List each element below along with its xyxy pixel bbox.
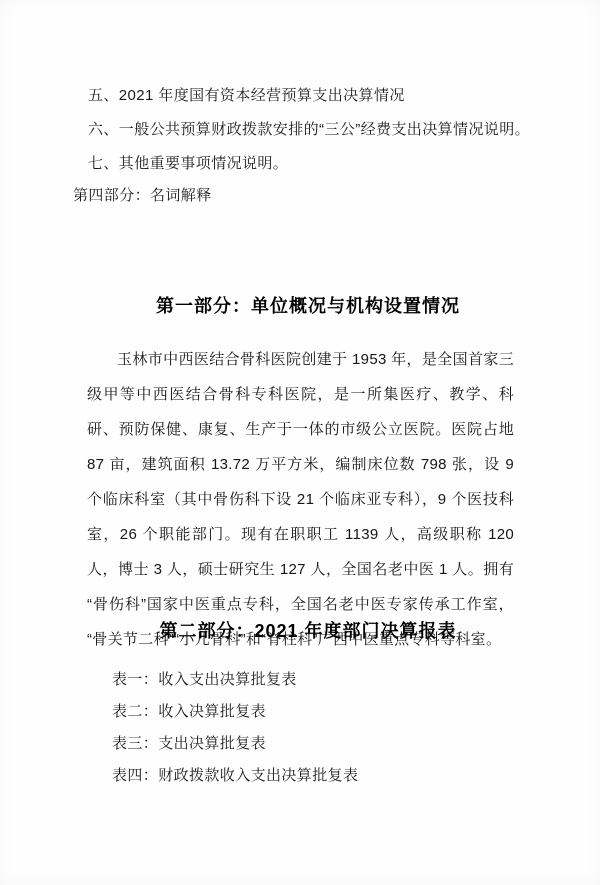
section1-paragraph: 玉林市中西医结合骨科医院创建于 1953 年，是全国首家三级甲等中西医结合骨科专… [87,342,514,657]
toc-item-5: 五、2021 年度国有资本经营预算支出决算情况 [88,86,405,106]
toc-part4-heading: 第四部分：名词解释 [73,186,212,206]
toc-item-6: 六、一般公共预算财政拨款安排的“三公”经费支出决算情况说明。 [88,120,530,140]
toc-item-7: 七、其他重要事项情况说明。 [88,154,288,174]
section2-title: 第二部分：2021 年度部门决算报表 [8,619,600,643]
section1-title: 第一部分：单位概况与机构设置情况 [8,294,600,318]
table-list-item-2: 表二：收入决算批复表 [112,702,266,722]
table-list-item-4: 表四：财政拨款收入支出决算批复表 [112,766,358,786]
table-list-item-3: 表三：支出决算批复表 [112,734,266,754]
scanned-document-page: 五、2021 年度国有资本经营预算支出决算情况 六、一般公共预算财政拨款安排的“… [0,0,600,885]
table-list-item-1: 表一：收入支出决算批复表 [112,670,297,690]
